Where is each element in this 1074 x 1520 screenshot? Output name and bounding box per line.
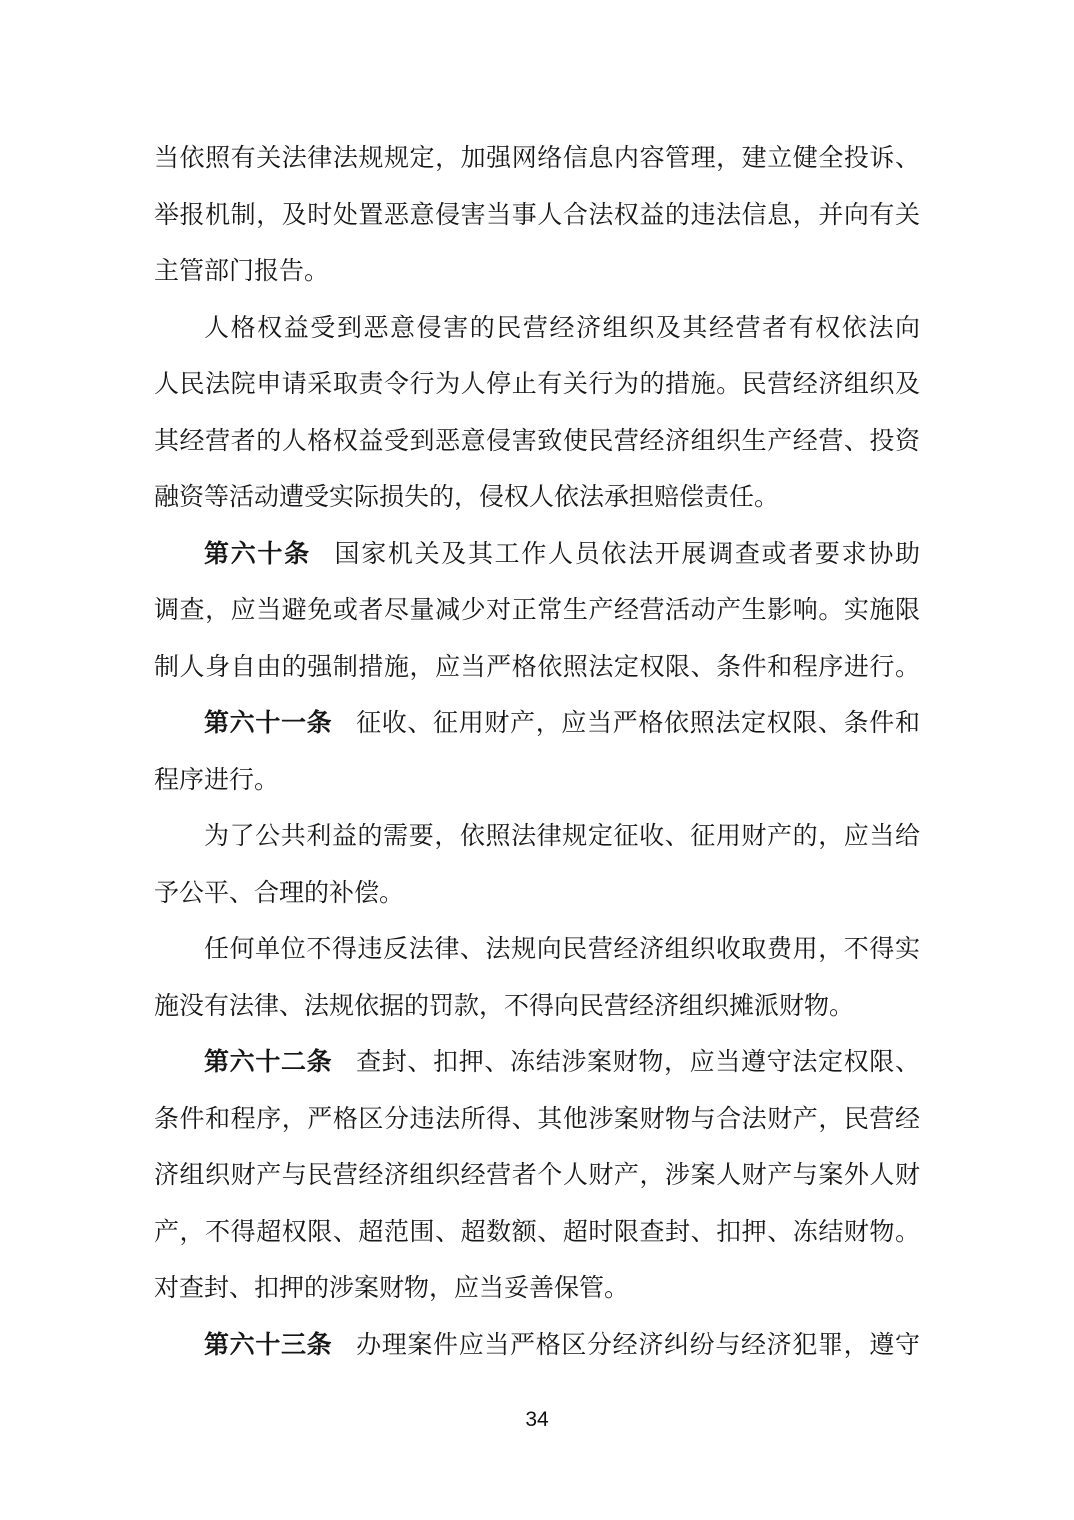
text-line: 条件和程序，严格区分违法所得、其他涉案财物与合法财产，民营经 [154,1092,920,1149]
line-text: 办理案件应当严格区分经济纠纷与经济犯罪，遵守 [356,1332,920,1359]
line-text: 调查，应当避免或者尽量减少对正常生产经营活动产生影响。实施限 [154,597,920,624]
text-line: 其经营者的人格权益受到恶意侵害致使民营经济组织生产经营、投资 [154,414,920,471]
page-number: 34 [0,1408,1074,1432]
page-body-text: 当依照有关法律法规规定，加强网络信息内容管理，建立健全投诉、 举报机制，及时处置… [154,131,920,1374]
line-text: 查封、扣押、冻结涉案财物，应当遵守法定权限、 [356,1049,920,1076]
text-line: 人民法院申请采取责令行为人停止有关行为的措施。民营经济组织及 [154,357,920,414]
line-text: 其经营者的人格权益受到恶意侵害致使民营经济组织生产经营、投资 [154,428,920,455]
article-number: 第六十一条 [204,710,332,737]
line-text: 举报机制，及时处置恶意侵害当事人合法权益的违法信息，并向有关 [154,202,920,229]
line-text: 当依照有关法律法规规定，加强网络信息内容管理，建立健全投诉、 [154,145,920,172]
text-line: 任何单位不得违反法律、法规向民营经济组织收取费用，不得实 [154,922,920,979]
text-line: 第六十条国家机关及其工作人员依法开展调查或者要求协助 [154,527,920,584]
line-text: 条件和程序，严格区分违法所得、其他涉案财物与合法财产，民营经 [154,1106,920,1133]
line-text: 产，不得超权限、超范围、超数额、超时限查封、扣押、冻结财物。 [154,1219,920,1246]
text-line: 融资等活动遭受实际损失的，侵权人依法承担赔偿责任。 [154,470,920,527]
text-line: 举报机制，及时处置恶意侵害当事人合法权益的违法信息，并向有关 [154,188,920,245]
text-line: 制人身自由的强制措施，应当严格依照法定权限、条件和程序进行。 [154,640,920,697]
text-line: 第六十二条查封、扣押、冻结涉案财物，应当遵守法定权限、 [154,1035,920,1092]
text-line: 产，不得超权限、超范围、超数额、超时限查封、扣押、冻结财物。 [154,1205,920,1262]
text-line: 第六十一条征收、征用财产，应当严格依照法定权限、条件和 [154,696,920,753]
line-text: 征收、征用财产，应当严格依照法定权限、条件和 [356,710,920,737]
line-text: 任何单位不得违反法律、法规向民营经济组织收取费用，不得实 [204,936,920,963]
text-line: 施没有法律、法规依据的罚款，不得向民营经济组织摊派财物。 [154,979,920,1036]
text-line: 主管部门报告。 [154,244,920,301]
article-number: 第六十条 [204,541,311,568]
article-number: 第六十三条 [204,1332,332,1359]
article-number: 第六十二条 [204,1049,332,1076]
text-line: 当依照有关法律法规规定，加强网络信息内容管理，建立健全投诉、 [154,131,920,188]
line-text: 施没有法律、法规依据的罚款，不得向民营经济组织摊派财物。 [154,993,854,1020]
line-text: 程序进行。 [154,767,279,794]
text-line: 予公平、合理的补偿。 [154,866,920,923]
text-line: 为了公共利益的需要，依照法律规定征收、征用财产的，应当给 [154,809,920,866]
text-line: 人格权益受到恶意侵害的民营经济组织及其经营者有权依法向 [154,301,920,358]
line-text: 人格权益受到恶意侵害的民营经济组织及其经营者有权依法向 [204,315,920,342]
text-line: 第六十三条办理案件应当严格区分经济纠纷与经济犯罪，遵守 [154,1318,920,1375]
line-text: 对查封、扣押的涉案财物，应当妥善保管。 [154,1275,629,1302]
document-page: 当依照有关法律法规规定，加强网络信息内容管理，建立健全投诉、 举报机制，及时处置… [0,0,1074,1520]
line-text: 制人身自由的强制措施，应当严格依照法定权限、条件和程序进行。 [154,654,920,681]
line-text: 予公平、合理的补偿。 [154,880,404,907]
text-line: 济组织财产与民营经济组织经营者个人财产，涉案人财产与案外人财 [154,1148,920,1205]
line-text: 主管部门报告。 [154,258,329,285]
line-text: 为了公共利益的需要，依照法律规定征收、征用财产的，应当给 [204,823,920,850]
text-line: 程序进行。 [154,753,920,810]
line-text: 融资等活动遭受实际损失的，侵权人依法承担赔偿责任。 [154,484,779,511]
text-line: 调查，应当避免或者尽量减少对正常生产经营活动产生影响。实施限 [154,583,920,640]
text-line: 对查封、扣押的涉案财物，应当妥善保管。 [154,1261,920,1318]
line-text: 济组织财产与民营经济组织经营者个人财产，涉案人财产与案外人财 [154,1162,920,1189]
line-text: 国家机关及其工作人员依法开展调查或者要求协助 [335,541,920,568]
line-text: 人民法院申请采取责令行为人停止有关行为的措施。民营经济组织及 [154,371,920,398]
